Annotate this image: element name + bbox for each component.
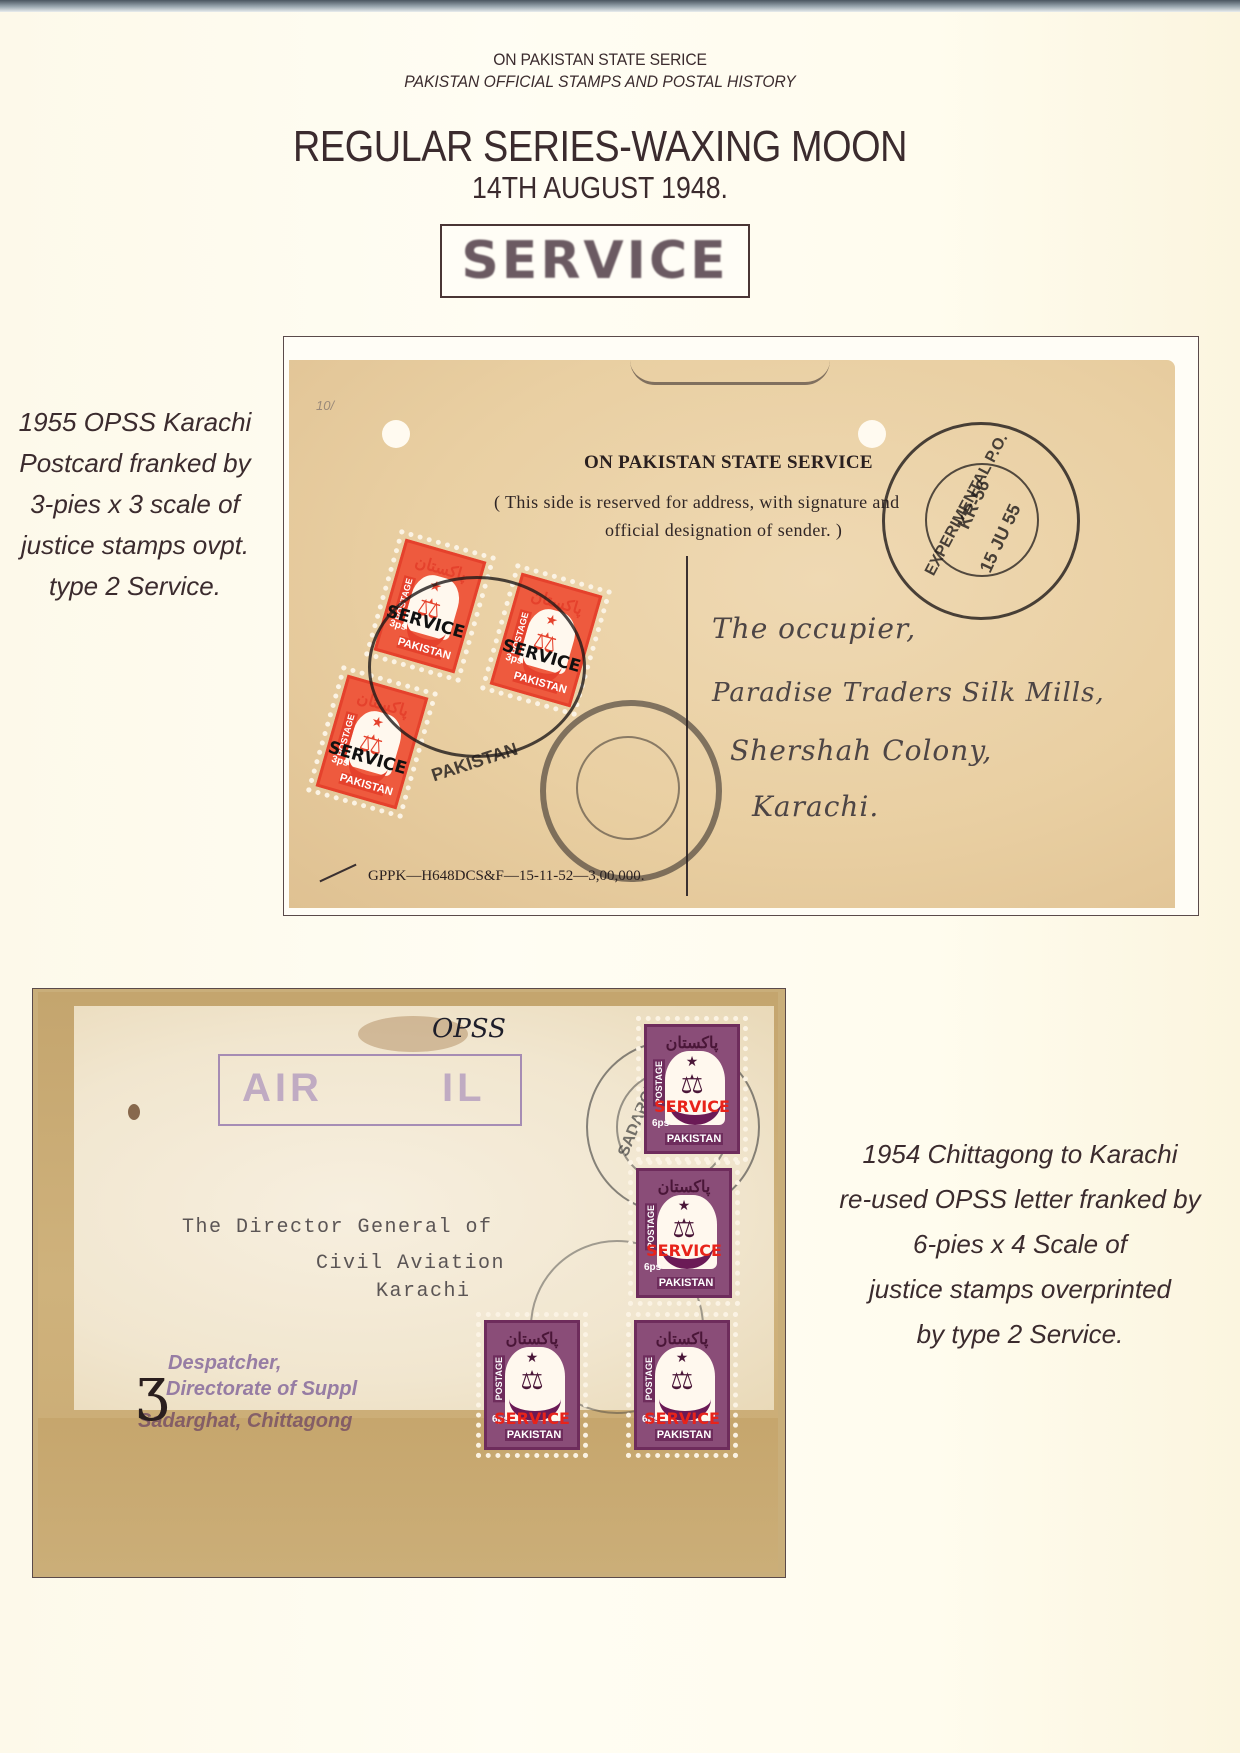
- page-title: REGULAR SERIES-WAXING MOON: [84, 122, 1116, 172]
- caption-line: justice stamps overprinted: [800, 1267, 1240, 1312]
- service-overprint: SERVICE: [641, 1097, 743, 1116]
- postcard-note-line-2: official designation of sender. ): [605, 520, 842, 541]
- caption-line: Postcard franked by: [0, 443, 270, 484]
- typed-address-line: Karachi: [376, 1280, 471, 1303]
- caption-line: type 2 Service.: [0, 566, 270, 607]
- header-line-2: PAKISTAN OFFICIAL STAMPS AND POSTAL HIST…: [48, 72, 1152, 92]
- stamp-6-pies: پاکستان ★ ⚖ POSTAGE 6ps PAKISTAN SERVICE: [628, 1160, 740, 1306]
- postcard-top-mark: [630, 360, 830, 385]
- stamp-6-pies: پاکستان ★ ⚖ POSTAGE 6ps PAKISTAN SERVICE: [636, 1016, 748, 1162]
- caption-line: by type 2 Service.: [800, 1312, 1240, 1357]
- pencil-note: 10/: [316, 398, 334, 413]
- caption-line: 1955 OPSS Karachi: [0, 402, 270, 443]
- header-line-1: ON PAKISTAN STATE SERICE: [48, 50, 1152, 70]
- postcard-caption: 1955 OPSS Karachi Postcard franked by 3-…: [0, 402, 270, 607]
- punch-hole: [858, 420, 886, 448]
- page-date: 14TH AUGUST 1948.: [84, 170, 1116, 206]
- typed-address-line: The Director General of: [182, 1216, 493, 1239]
- airmail-label: AIR IL: [218, 1054, 522, 1126]
- postmark-experimental-po: [882, 422, 1080, 620]
- postmark-karachi: [368, 576, 586, 758]
- caption-line: 1954 Chittagong to Karachi: [800, 1132, 1240, 1177]
- typed-address-line: Civil Aviation: [316, 1252, 505, 1275]
- punch-hole: [382, 420, 410, 448]
- sender-cachet-line: Despatcher,: [168, 1352, 281, 1375]
- address-line: Paradise Traders Silk Mills,: [712, 678, 1105, 708]
- stain: [128, 1104, 140, 1120]
- caption-line: 6-pies x 4 Scale of: [800, 1222, 1240, 1267]
- stamp-6-pies: پاکستان ★ ⚖ POSTAGE 6ps PAKISTAN SERVICE: [626, 1312, 738, 1458]
- caption-line: re-used OPSS letter franked by: [800, 1177, 1240, 1222]
- postcard-note-line-1: ( This side is reserved for address, wit…: [494, 492, 900, 513]
- overprint-sample-box: SERVICE: [440, 224, 750, 298]
- postmark-receiving: [540, 700, 722, 882]
- service-overprint: SERVICE: [633, 1241, 735, 1260]
- stamp-6-pies: پاکستان ★ ⚖ POSTAGE 6ps PAKISTAN SERVICE: [476, 1312, 588, 1458]
- postcard-heading: ON PAKISTAN STATE SERVICE: [584, 452, 873, 474]
- address-line: The occupier,: [712, 612, 916, 645]
- overprint-sample-text: SERVICE: [461, 231, 728, 291]
- caption-line: justice stamps ovpt.: [0, 525, 270, 566]
- address-line: Karachi.: [752, 790, 879, 823]
- cover-caption: 1954 Chittagong to Karachi re-used OPSS …: [800, 1132, 1240, 1357]
- page-top-edge: [0, 0, 1240, 12]
- address-line: Shershah Colony,: [730, 734, 992, 767]
- handwritten-opss: OPSS: [432, 1014, 506, 1044]
- handwritten-mark: ʒ: [136, 1354, 169, 1422]
- caption-line: 3-pies x 3 scale of: [0, 484, 270, 525]
- service-overprint: SERVICE: [631, 1409, 733, 1428]
- sender-cachet-line: Sadarghat, Chittagong: [138, 1410, 352, 1433]
- service-overprint: SERVICE: [481, 1409, 583, 1428]
- sender-cachet-line: Directorate of Suppl: [166, 1378, 357, 1401]
